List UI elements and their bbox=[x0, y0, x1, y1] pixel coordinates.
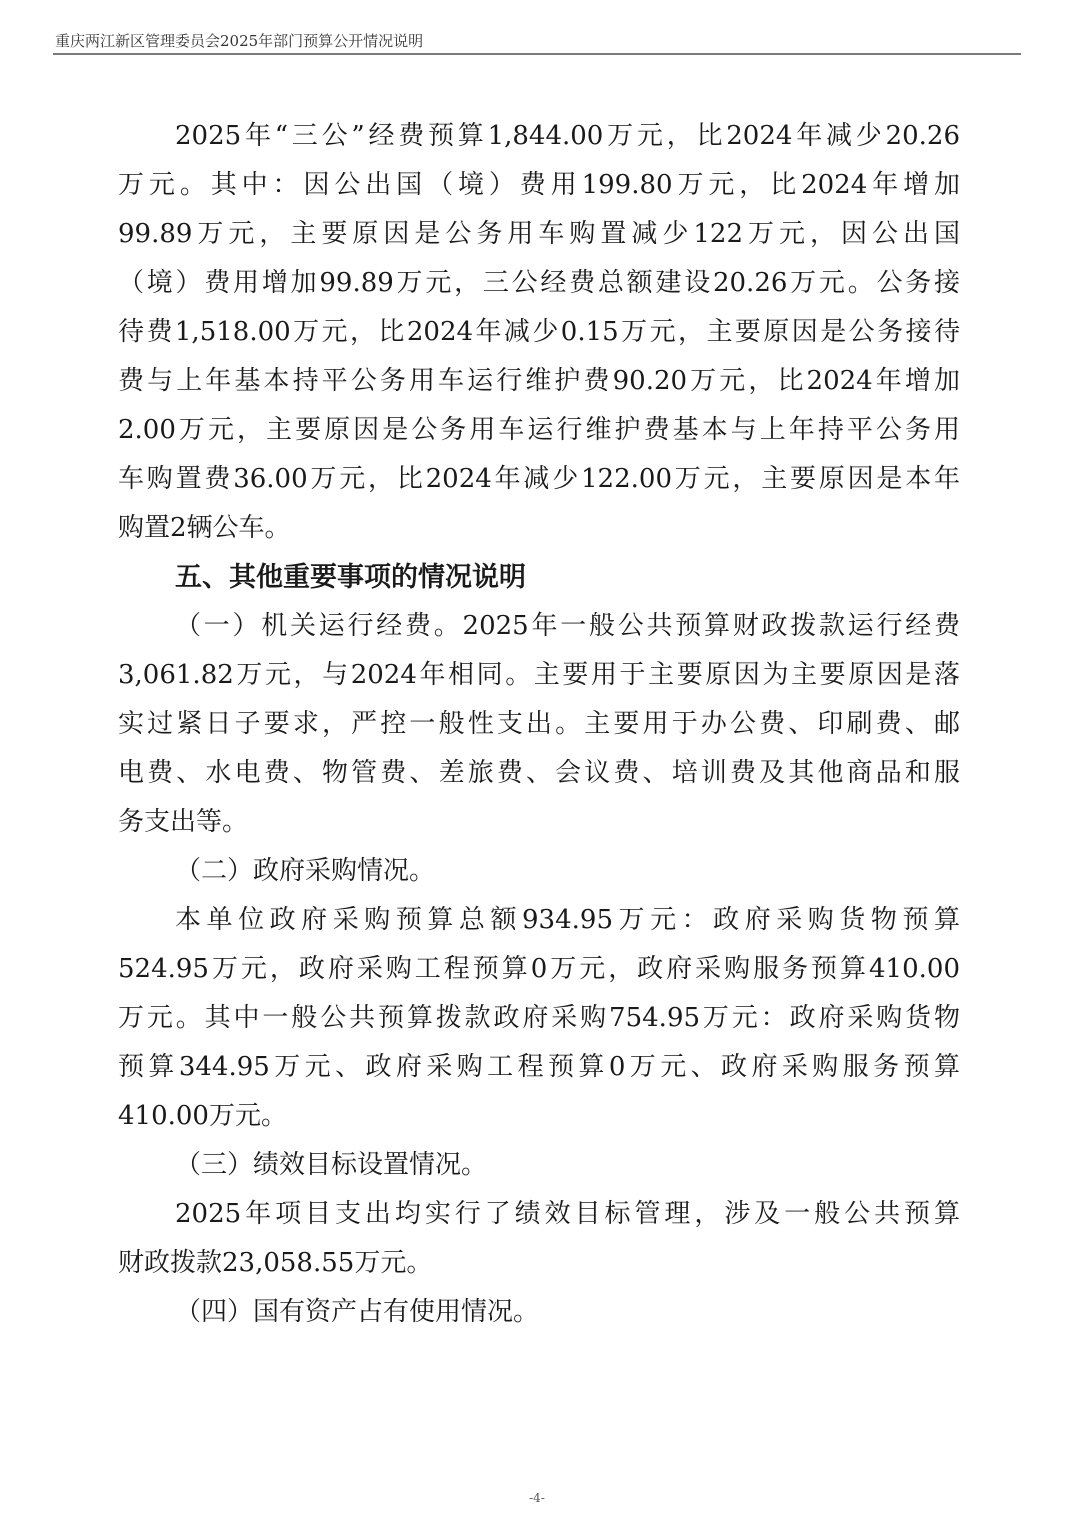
paragraph-operating-expenses: （一）机关运行经费。2025年一般公共预算财政拨款运行经费 3,061.82万元… bbox=[118, 602, 960, 847]
text-line: 524.95万元，政府采购工程预算0万元，政府采购服务预算410.00 bbox=[118, 945, 960, 994]
text-line: 99.89万元，主要原因是公务用车购置减少122万元，因公出国 bbox=[118, 210, 960, 259]
text-line: 财政拨款23,058.55万元。 bbox=[118, 1239, 960, 1288]
paragraph-performance-targets: 2025年项目支出均实行了绩效目标管理，涉及一般公共预算 财政拨款23,058.… bbox=[118, 1190, 960, 1288]
text-line: 2.00万元，主要原因是公务用车运行维护费基本与上年持平公务用 bbox=[118, 406, 960, 455]
text-line: 万元。其中：因公出国（境）费用199.80万元，比2024年增加 bbox=[118, 161, 960, 210]
paragraph-government-procurement: 本单位政府采购预算总额934.95万元：政府采购货物预算 524.95万元，政府… bbox=[118, 896, 960, 1141]
text-line: 410.00万元。 bbox=[118, 1092, 960, 1141]
text-line: 购置2辆公车。 bbox=[118, 504, 960, 553]
text-line: 车购置费36.00万元，比2024年减少122.00万元，主要原因是本年 bbox=[118, 455, 960, 504]
text-line: （一）机关运行经费。2025年一般公共预算财政拨款运行经费 bbox=[118, 602, 960, 651]
text-line: 待费1,518.00万元，比2024年减少0.15万元，主要原因是公务接待 bbox=[118, 308, 960, 357]
text-line: 预算344.95万元、政府采购工程预算0万元、政府采购服务预算 bbox=[118, 1043, 960, 1092]
text-line: 3,061.82万元，与2024年相同。主要用于主要原因为主要原因是落 bbox=[118, 651, 960, 700]
text-line: 电费、水电费、物管费、差旅费、会议费、培训费及其他商品和服 bbox=[118, 749, 960, 798]
text-line: 本单位政府采购预算总额934.95万元：政府采购货物预算 bbox=[118, 896, 960, 945]
text-line: 务支出等。 bbox=[118, 798, 960, 847]
subheading-government-procurement: （二）政府采购情况。 bbox=[118, 847, 960, 896]
text-line: 2025年“三公”经费预算1,844.00万元，比2024年减少20.26 bbox=[118, 112, 960, 161]
paragraph-three-public-expenses: 2025年“三公”经费预算1,844.00万元，比2024年减少20.26 万元… bbox=[118, 112, 960, 553]
document-header-title: 重庆两江新区管理委员会2025年部门预算公开情况说明 bbox=[55, 30, 423, 51]
text-line: 2025年项目支出均实行了绩效目标管理，涉及一般公共预算 bbox=[118, 1190, 960, 1239]
section-heading-other-matters: 五、其他重要事项的情况说明 bbox=[118, 553, 960, 602]
page-number: -4- bbox=[0, 1491, 1074, 1505]
document-body: 2025年“三公”经费预算1,844.00万元，比2024年减少20.26 万元… bbox=[118, 112, 960, 1337]
header-divider bbox=[53, 53, 1021, 55]
text-line: 实过紧日子要求，严控一般性支出。主要用于办公费、印刷费、邮 bbox=[118, 700, 960, 749]
text-line: 万元。其中一般公共预算拨款政府采购754.95万元：政府采购货物 bbox=[118, 994, 960, 1043]
subheading-performance-targets: （三）绩效目标设置情况。 bbox=[118, 1141, 960, 1190]
text-line: 费与上年基本持平公务用车运行维护费90.20万元，比2024年增加 bbox=[118, 357, 960, 406]
subheading-state-assets: （四）国有资产占有使用情况。 bbox=[118, 1288, 960, 1337]
text-line: （境）费用增加99.89万元，三公经费总额建设20.26万元。公务接 bbox=[118, 259, 960, 308]
